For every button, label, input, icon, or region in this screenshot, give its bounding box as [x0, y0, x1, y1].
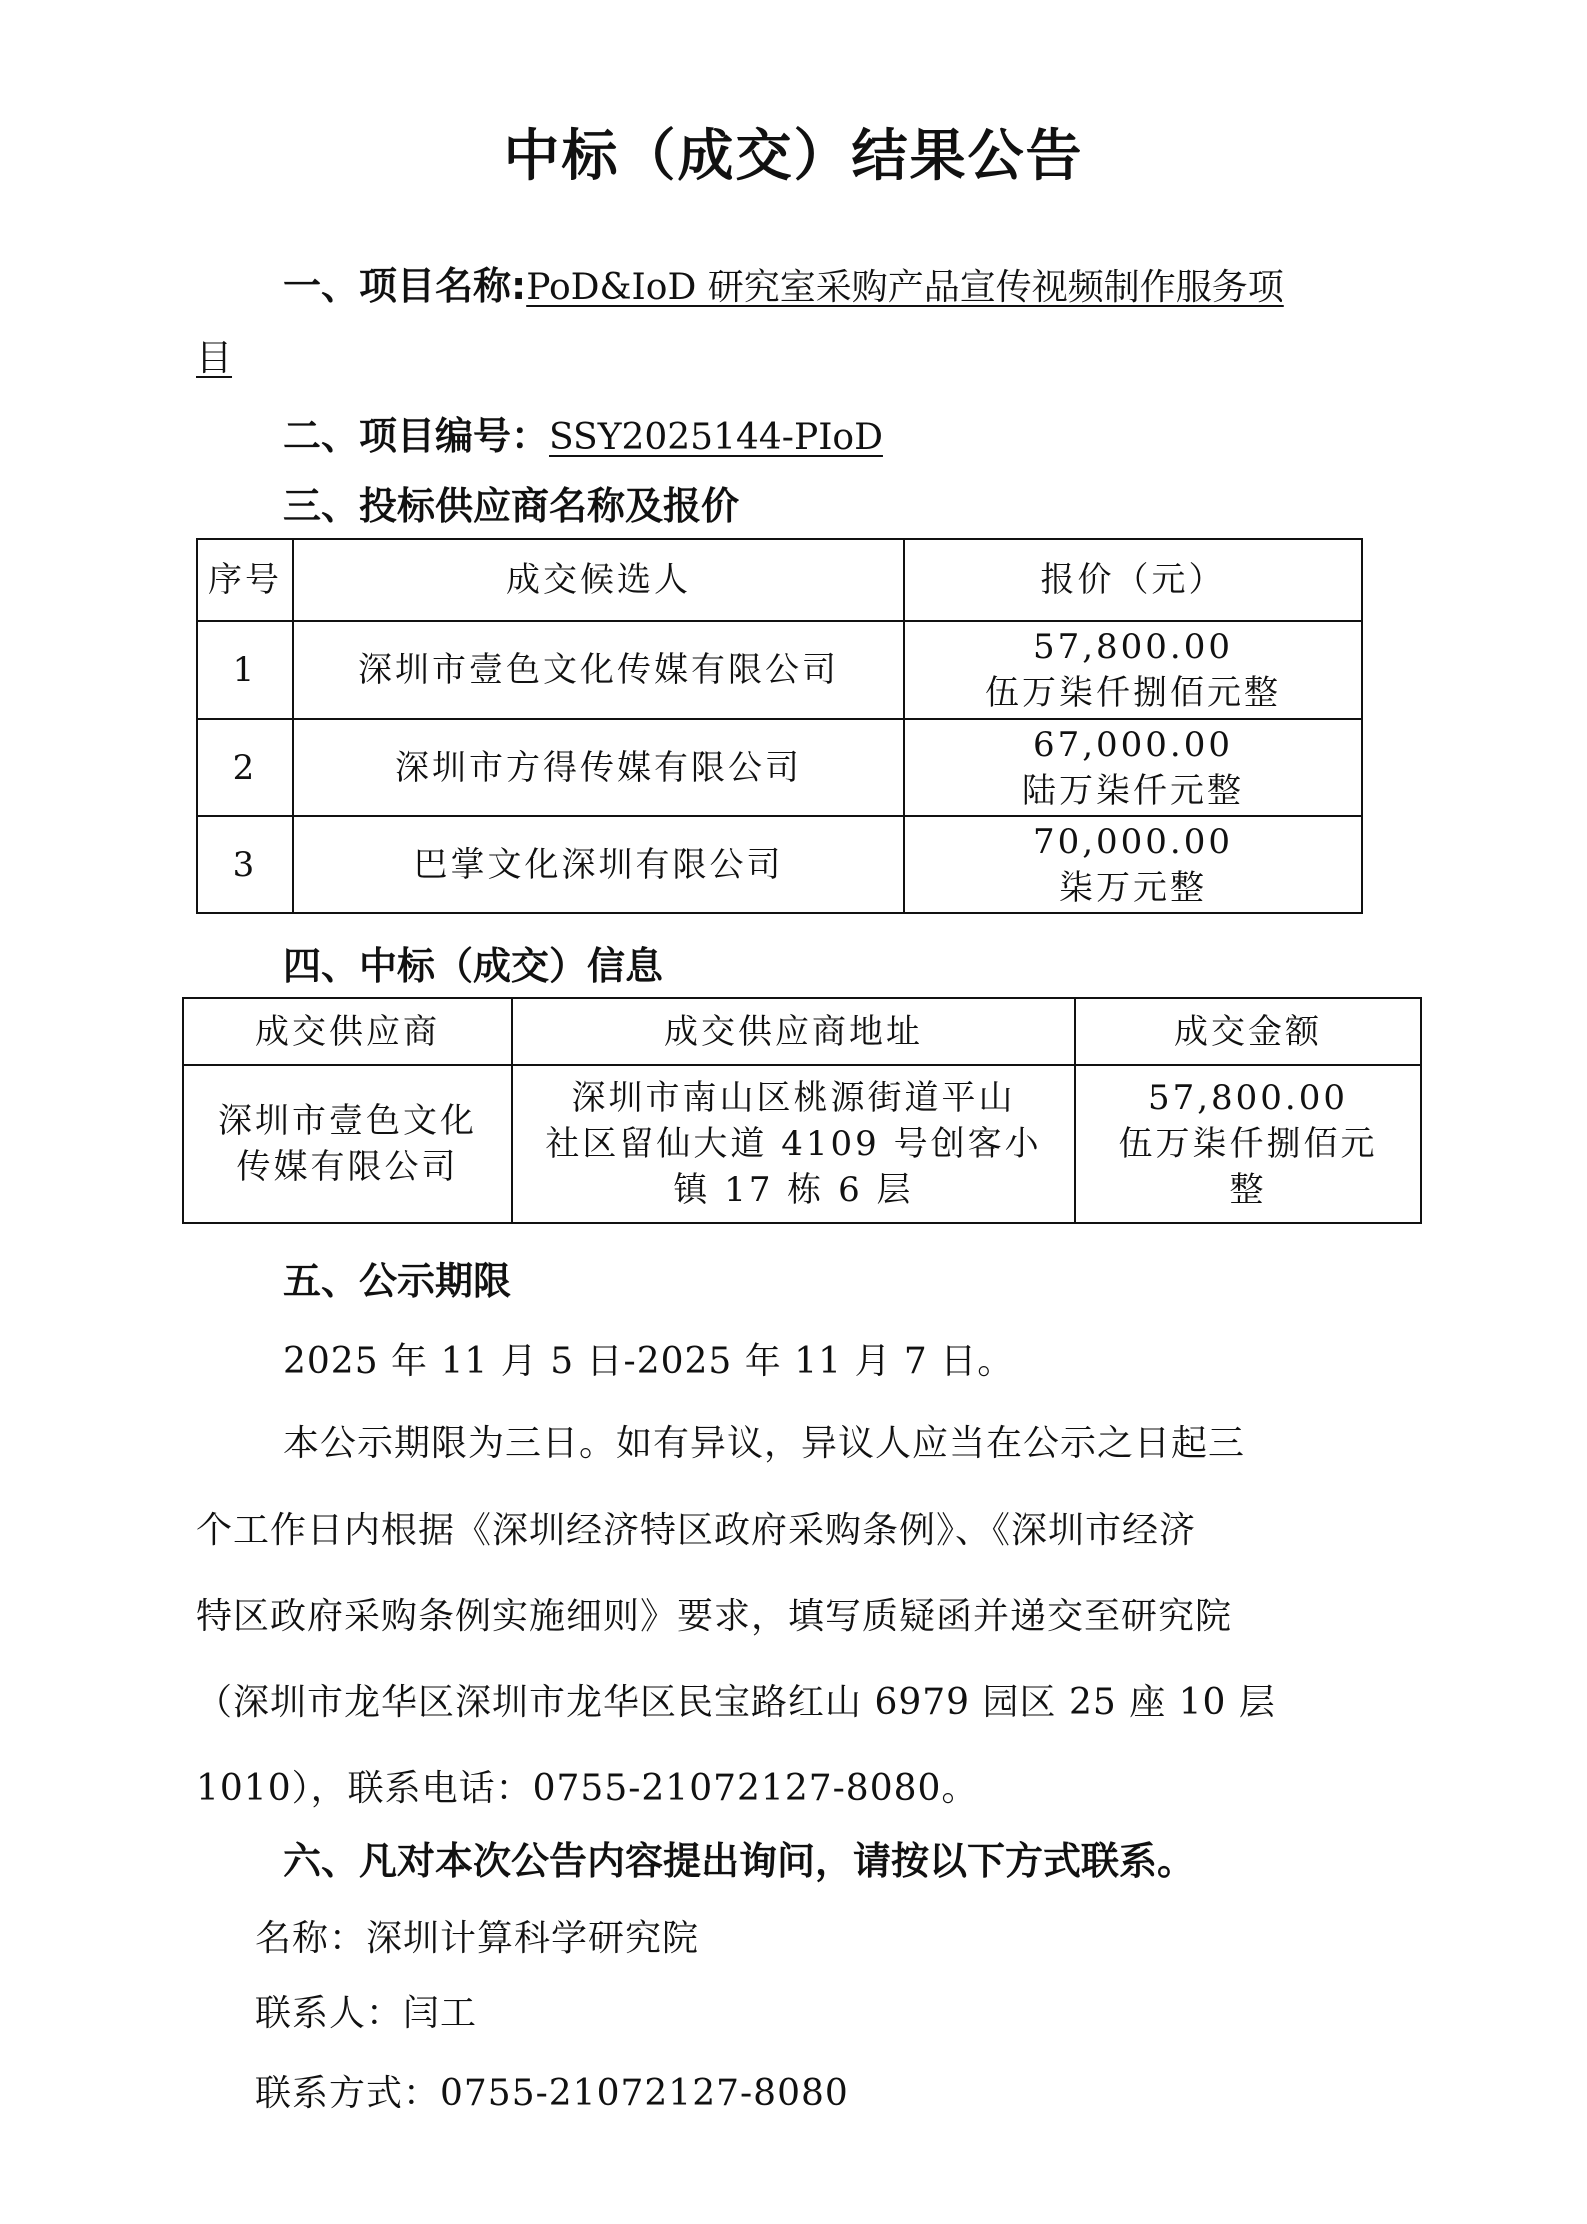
table-row: 3 巴掌文化深圳有限公司 70,000.00 柒万元整 [197, 816, 1362, 913]
project-name-label: 一、项目名称: [283, 264, 526, 308]
header-supplier: 成交供应商 [183, 998, 512, 1065]
row-no: 3 [197, 816, 293, 913]
header-address: 成交供应商地址 [512, 998, 1075, 1065]
row-name: 深圳市方得传媒有限公司 [293, 719, 904, 816]
section5-heading: 五、公示期限 [283, 1250, 511, 1305]
price-words: 柒万元整 [905, 865, 1361, 911]
price-words: 陆万柒仟元整 [905, 768, 1361, 814]
award-table: 成交供应商 成交供应商地址 成交金额 深圳市壹色文化 传媒有限公司 深圳市南山区… [182, 997, 1422, 1224]
amount-words: 整 [1076, 1167, 1420, 1213]
notice-line: 特区政府采购条例实施细则》要求，填写质疑函并递交至研究院 [196, 1588, 1232, 1639]
notice-line: 1010），联系电话：0755-21072127-8080。 [196, 1760, 978, 1811]
contact-phone: 联系方式：0755-21072127-8080 [255, 2065, 849, 2116]
price-words: 伍万柒仟捌佰元整 [905, 670, 1361, 716]
row-price: 70,000.00 柒万元整 [904, 816, 1362, 913]
header-no: 序号 [197, 539, 293, 621]
page-title: 中标（成交）结果公告 [0, 112, 1587, 192]
row-no: 2 [197, 719, 293, 816]
address-line: 社区留仙大道 4109 号创客小 [513, 1121, 1074, 1167]
table-row: 1 深圳市壹色文化传媒有限公司 57,800.00 伍万柒仟捌佰元整 [197, 621, 1362, 719]
row-price: 57,800.00 伍万柒仟捌佰元整 [904, 621, 1362, 719]
contact-person: 联系人：闫工 [255, 1985, 477, 2036]
row-name: 深圳市壹色文化传媒有限公司 [293, 621, 904, 719]
section3-heading: 三、投标供应商名称及报价 [283, 475, 739, 530]
notice-line: 本公示期限为三日。如有异议，异议人应当在公示之日起三 [283, 1415, 1245, 1466]
row-no: 1 [197, 621, 293, 719]
address-line: 深圳市南山区桃源街道平山 [513, 1075, 1074, 1121]
price-amount: 67,000.00 [905, 722, 1361, 768]
address-cell: 深圳市南山区桃源街道平山 社区留仙大道 4109 号创客小 镇 17 栋 6 层 [512, 1065, 1075, 1223]
project-number-label: 二、项目编号： [283, 414, 549, 458]
price-amount: 70,000.00 [905, 819, 1361, 865]
header-candidate: 成交候选人 [293, 539, 904, 621]
project-number-row: 二、项目编号：SSY2025144-PIoD [283, 405, 883, 460]
supplier-line: 传媒有限公司 [184, 1144, 511, 1190]
row-name: 巴掌文化深圳有限公司 [293, 816, 904, 913]
project-name-row: 一、项目名称:PoD&IoD 研究室采购产品宣传视频制作服务项 [283, 255, 1284, 310]
section4-heading: 四、中标（成交）信息 [283, 935, 663, 990]
table-header-row: 序号 成交候选人 报价（元） [197, 539, 1362, 621]
notice-line: 个工作日内根据《深圳经济特区政府采购条例》、《深圳市经济 [196, 1502, 1196, 1553]
project-name-value-cont: 目 [196, 330, 232, 381]
address-line: 镇 17 栋 6 层 [513, 1167, 1074, 1213]
notice-line: （深圳市龙华区深圳市龙华区民宝路红山 6979 园区 25 座 10 层 [196, 1674, 1276, 1725]
supplier-line: 深圳市壹色文化 [184, 1098, 511, 1144]
table-row: 深圳市壹色文化 传媒有限公司 深圳市南山区桃源街道平山 社区留仙大道 4109 … [183, 1065, 1421, 1223]
amount-cell: 57,800.00 伍万柒仟捌佰元 整 [1075, 1065, 1421, 1223]
supplier-cell: 深圳市壹色文化 传媒有限公司 [183, 1065, 512, 1223]
contact-name: 名称：深圳计算科学研究院 [255, 1910, 699, 1961]
bidders-table: 序号 成交候选人 报价（元） 1 深圳市壹色文化传媒有限公司 57,800.00… [196, 538, 1363, 914]
section6-heading: 六、凡对本次公告内容提出询问，请按以下方式联系。 [283, 1830, 1195, 1885]
header-amount: 成交金额 [1075, 998, 1421, 1065]
table-header-row: 成交供应商 成交供应商地址 成交金额 [183, 998, 1421, 1065]
header-price: 报价（元） [904, 539, 1362, 621]
row-price: 67,000.00 陆万柒仟元整 [904, 719, 1362, 816]
table-row: 2 深圳市方得传媒有限公司 67,000.00 陆万柒仟元整 [197, 719, 1362, 816]
price-amount: 57,800.00 [905, 624, 1361, 670]
project-number-value: SSY2025144-PIoD [549, 417, 883, 458]
publicity-period: 2025 年 11 月 5 日-2025 年 11 月 7 日。 [283, 1333, 1014, 1384]
project-name-value: PoD&IoD 研究室采购产品宣传视频制作服务项 [526, 267, 1284, 308]
amount-value: 57,800.00 [1076, 1075, 1420, 1121]
amount-words: 伍万柒仟捌佰元 [1076, 1121, 1420, 1167]
